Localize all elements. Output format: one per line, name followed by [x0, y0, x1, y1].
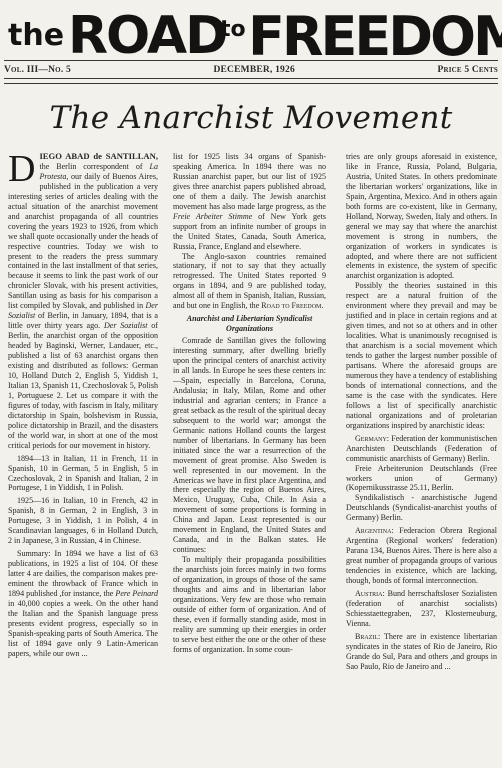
country-label: Brazil:	[355, 632, 380, 641]
entry-austria: Austria: Bund herrschaftsloser Sozialist…	[346, 589, 497, 629]
entry-germany-2: Freie Arbeiterunion Deutschlands (Free w…	[346, 464, 497, 494]
column-2: list for 1925 lists 34 organs of Spanish…	[173, 152, 326, 655]
logo-freedom: FREEDOM	[248, 5, 502, 60]
issue-line: Vol. III—No. 5 DECEMBER, 1926 Price 5 Ce…	[4, 64, 498, 76]
country-label: Argentina:	[355, 526, 394, 535]
logo-the: the	[8, 18, 64, 53]
paragraph: tries are only groups aforesaid in exist…	[346, 152, 497, 281]
publication-name: Road to Freedom.	[261, 301, 323, 310]
logo-to: to	[220, 17, 246, 42]
masthead: the ROAD to FREEDOM	[0, 0, 502, 60]
paragraph: To multiply their propaganda possibiliti…	[173, 555, 326, 655]
column-3: tries are only groups aforesaid in exist…	[346, 152, 497, 672]
paragraph: The Anglo-saxon countries remained stati…	[173, 252, 326, 312]
masthead-logo: the ROAD to FREEDOM	[0, 0, 502, 60]
paragraph: Comrade de Santillan gives the following…	[173, 336, 326, 555]
entry-brazil: Brazil: There are in existence libertari…	[346, 632, 497, 672]
entry-argentina: Argentina: Federacion Obrera Regional Ar…	[346, 526, 497, 586]
volume-number: Vol. III—No. 5	[4, 65, 71, 75]
masthead-rule	[4, 60, 498, 61]
lead-in: IEGO ABAD de SANTILLAN,	[39, 151, 158, 161]
section-subhead: Anarchist and Libertarian Syndicalist Or…	[173, 314, 326, 334]
paragraph: Summary: In 1894 we have a list of 63 pu…	[8, 549, 158, 658]
logo-road: ROAD	[68, 6, 226, 60]
entry-germany-3: Syndikalistisch - anarchistische Jugend …	[346, 493, 497, 523]
text: in 40,000 copies a week. On the other ha…	[8, 599, 158, 658]
publication-name: Freie Arbeiter Stimme	[173, 212, 252, 221]
paragraph: Possibly the theories sustained in this …	[346, 281, 497, 430]
entry-germany: Germany: Federation der kommunistischen …	[346, 434, 497, 464]
text: our daily of Buenos Aires, published in …	[8, 172, 158, 310]
publication-name: Der Sozialist	[104, 321, 148, 330]
paragraph: 1925—16 in Italian, 10 in French, 42 in …	[8, 496, 158, 546]
paragraph: DIEGO ABAD de SANTILLAN, the Berlin corr…	[8, 152, 158, 451]
column-1: DIEGO ABAD de SANTILLAN, the Berlin corr…	[8, 152, 158, 659]
article-headline: The Anarchist Movement	[0, 100, 502, 136]
paragraph: 1894—13 in Italian, 11 in French, 11 in …	[8, 454, 158, 494]
publication-name: Pere Peinard	[115, 589, 158, 598]
double-rule	[4, 78, 498, 84]
text: of Berlin, the anarchist organ of the op…	[8, 321, 158, 449]
price: Price 5 Cents	[437, 65, 498, 75]
paragraph: list for 1925 lists 34 organs of Spanish…	[173, 152, 326, 252]
drop-cap: D	[8, 154, 35, 184]
country-label: Germany:	[355, 434, 389, 443]
text: the Berlin correspondent of	[39, 162, 149, 171]
issue-date: DECEMBER, 1926	[213, 65, 294, 75]
text: list for 1925 lists 34 organs of Spanish…	[173, 152, 326, 211]
country-label: Austria:	[355, 589, 385, 598]
